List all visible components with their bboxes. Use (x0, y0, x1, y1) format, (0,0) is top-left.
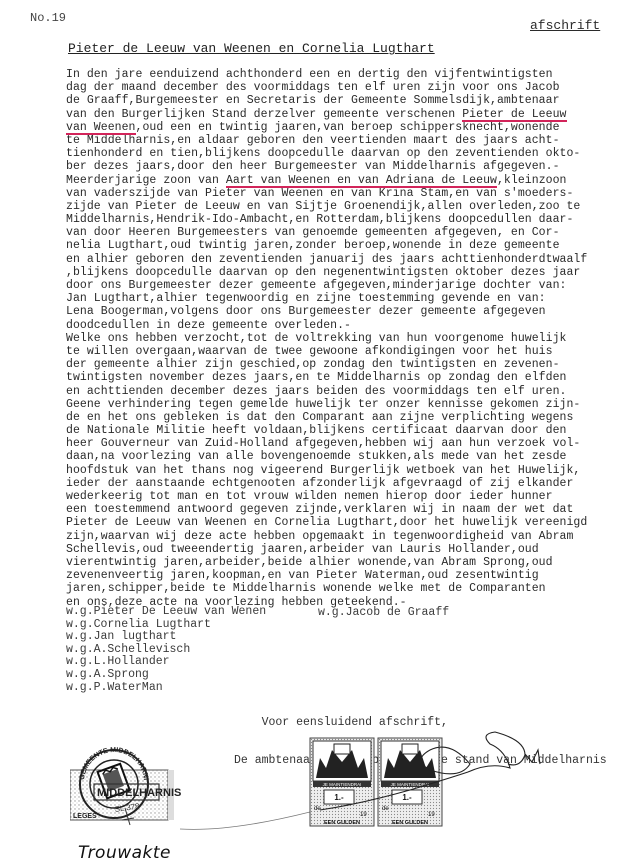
svg-text:19: 19 (428, 812, 435, 818)
text-segment: Meerderjarige zoon van (66, 174, 226, 187)
text-segment: te Middelharnis,en aldaar geboren den ve… (66, 134, 560, 147)
registrar-signature: w.g.Jacob de Graaff (318, 606, 449, 619)
text-segment: Jan Lugthart,alhier tegenwoordig en zijn… (66, 292, 546, 305)
text-line: en achttienden december dezes jaars beid… (66, 385, 636, 398)
text-segment: tienhonderd en tien,blijkens doopcedulle… (66, 147, 580, 160)
municipal-seal-stamp: GEMEENTE MIDDELHARNIS MIDDELHARNIS SL 37… (70, 740, 310, 840)
text-segment: Lena Boogerman,volgens door ons Burgemee… (66, 305, 546, 318)
text-line: jaren,schipper,beide te Middelharnis won… (66, 582, 636, 595)
text-line: zevenenveertig jaren,koopman,en van Piet… (66, 569, 636, 582)
text-segment: nelia Lugthart,oud twintig jaren,zonder … (66, 239, 560, 252)
text-segment: van door Heeren Burgemeesters van genoem… (66, 226, 560, 239)
text-line: hoofdstuk van het thans nog vigeerend Bu… (66, 464, 636, 477)
text-line: doodcedullen in deze gemeente overleden.… (66, 319, 636, 332)
text-segment: van vaderszijde van Pieter van Weenen en… (66, 187, 573, 200)
revenue-stamp: JE MAINTIENDRAI 1.- de 19 EEN GULDEN (378, 738, 442, 826)
svg-text:EEN GULDEN: EEN GULDEN (324, 820, 360, 826)
text-segment: twintigsten november dezes jaars,en te M… (66, 371, 566, 384)
text-line: ,blijkens doopcedulle daarvan op den neg… (66, 266, 636, 279)
copy-label: afschrift (530, 18, 600, 33)
text-segment: doodcedullen in deze gemeente overleden.… (66, 319, 351, 332)
text-segment: wederkeerig tot man en tot vrouw wilden … (66, 490, 553, 503)
svg-text:19: 19 (360, 812, 367, 818)
handwritten-note: Trouwakte (78, 843, 171, 863)
text-segment: der gemeente alhier zijn geschied,op zon… (66, 358, 560, 371)
text-segment: zijde van Pieter de Leeuw en van Sijtje … (66, 200, 580, 213)
svg-text:EEN GULDEN: EEN GULDEN (392, 820, 428, 826)
text-line: de Graaff,Burgemeester en Secretaris der… (66, 94, 636, 107)
text-line: van door Heeren Burgemeesters van genoem… (66, 226, 636, 239)
text-segment: vierentwintig jaren,arbeider,beide alhie… (66, 556, 553, 569)
svg-text:de: de (382, 806, 389, 812)
text-segment: hoofdstuk van het thans nog vigeerend Bu… (66, 464, 580, 477)
text-line: tienhonderd en tien,blijkens doopcedulle… (66, 147, 636, 160)
revenue-stamps: JE MAINTIENDRAI 1.- de 19 EEN GULDEN JE … (300, 720, 560, 840)
text-line: de en het ons gebleken is dat den Compar… (66, 411, 636, 424)
highlighted-name: Pieter de Leeuw (462, 108, 566, 121)
text-segment: en achttienden december dezes jaars beid… (66, 385, 566, 398)
document-title: Pieter de Leeuw van Weenen en Cornelia L… (68, 41, 435, 56)
text-segment: heer Gouverneur van Zuid-Holland afgegev… (66, 437, 580, 450)
text-line: van vaderszijde van Pieter van Weenen en… (66, 187, 636, 200)
witness-signatures: w.g.Pieter De Leeuw van Wenenw.g.Corneli… (66, 606, 266, 694)
text-line: Middelharnis,Hendrik-Ido-Ambacht,en Rott… (66, 213, 636, 226)
highlighted-name: van Weenen (66, 121, 136, 134)
svg-text:MIDDELHARNIS: MIDDELHARNIS (97, 787, 181, 799)
text-segment: een toestemmend antwoord gegeven zijnde,… (66, 503, 573, 516)
text-segment: door ons Burgemeester dezer gemeente afg… (66, 279, 566, 292)
text-segment: Schellevis,oud tweeendertig jaaren,arbei… (66, 543, 539, 556)
text-line: heer Gouverneur van Zuid-Holland afgegev… (66, 437, 636, 450)
text-line: van Weenen,oud een en twintig jaaren,van… (66, 121, 636, 134)
text-segment: daan,na voorlezing van alle bovengenoemd… (66, 450, 566, 463)
text-segment: ,blijkens doopcedulle daarvan op den neg… (66, 266, 580, 279)
text-line: zijde van Pieter de Leeuw en van Sijtje … (66, 200, 636, 213)
text-segment: Welke ons hebben verzocht,tot de voltrek… (66, 332, 566, 345)
svg-text:LEGES: LEGES (73, 813, 97, 820)
text-line: Geene verhindering tegen gemelde huwelij… (66, 398, 636, 411)
text-line: Lena Boogerman,volgens door ons Burgemee… (66, 305, 636, 318)
text-line: twintigsten november dezes jaars,en te M… (66, 371, 636, 384)
text-segment: de Nationale Militie heeft voldaan,blijk… (66, 424, 566, 437)
text-line: van den Burgerlijken Stand derzelver gem… (66, 108, 636, 121)
svg-text:JE MAINTIENDRAI: JE MAINTIENDRAI (323, 782, 362, 787)
text-line: nelia Lugthart,oud twintig jaren,zonder … (66, 239, 636, 252)
text-line: te willen overgaan,waarvan de twee gewoo… (66, 345, 636, 358)
text-segment: ,kleinzoon (497, 174, 567, 187)
text-line: Schellevis,oud tweeendertig jaaren,arbei… (66, 543, 636, 556)
text-line: dag der maand december des voormiddags t… (66, 81, 636, 94)
text-segment: Middelharnis,Hendrik-Ido-Ambacht,en Rott… (66, 213, 573, 226)
signature-line: w.g.A.Sprong (66, 669, 266, 682)
text-segment: dag der maand december des voormiddags t… (66, 81, 560, 94)
text-segment: van den Burgerlijken Stand derzelver gem… (66, 108, 462, 121)
text-segment: de en het ons gebleken is dat den Compar… (66, 411, 573, 424)
text-line: Pieter de Leeuw van Weenen en Cornelia L… (66, 516, 636, 529)
text-line: In den jare eenduizend achthonderd een e… (66, 68, 636, 81)
document-number: No.19 (30, 11, 66, 25)
text-line: wederkeerig tot man en tot vrouw wilden … (66, 490, 636, 503)
signature-line: w.g.Jan lugthart (66, 631, 266, 644)
text-segment: In den jare eenduizend achthonderd een e… (66, 68, 553, 81)
text-line: de Nationale Militie heeft voldaan,blijk… (66, 424, 636, 437)
text-segment: ber dezes jaars,door den heer Burgemeest… (66, 160, 560, 173)
highlighted-name: Aart van Weenen en van Adriana de Leeuw (226, 174, 497, 187)
svg-text:de: de (314, 806, 321, 812)
signature-line: w.g.Pieter De Leeuw van Wenen (66, 606, 266, 619)
text-line: een toestemmend antwoord gegeven zijnde,… (66, 503, 636, 516)
text-line: en alhier geboren den zeventienden janua… (66, 253, 636, 266)
text-line: ieder der aanstaande echtgenooten afzond… (66, 477, 636, 490)
text-segment: jaren,schipper,beide te Middelharnis won… (66, 582, 546, 595)
text-segment: Geene verhindering tegen gemelde huwelij… (66, 398, 580, 411)
text-line: Welke ons hebben verzocht,tot de voltrek… (66, 332, 636, 345)
text-line: door ons Burgemeester dezer gemeente afg… (66, 279, 636, 292)
text-segment: zijn,waarvan wij deze acte hebben opgema… (66, 530, 573, 543)
text-segment: ,oud een en twintig jaaren,van beroep sc… (136, 121, 560, 134)
text-segment: en alhier geboren den zeventienden janua… (66, 253, 587, 266)
text-line: Jan Lugthart,alhier tegenwoordig en zijn… (66, 292, 636, 305)
text-line: der gemeente alhier zijn geschied,op zon… (66, 358, 636, 371)
text-line: te Middelharnis,en aldaar geboren den ve… (66, 134, 636, 147)
text-line: zijn,waarvan wij deze acte hebben opgema… (66, 530, 636, 543)
deed-body-text: In den jare eenduizend achthonderd een e… (66, 68, 636, 609)
text-segment: te willen overgaan,waarvan de twee gewoo… (66, 345, 553, 358)
text-line: vierentwintig jaren,arbeider,beide alhie… (66, 556, 636, 569)
text-line: Meerderjarige zoon van Aart van Weenen e… (66, 174, 636, 187)
text-segment: zevenenveertig jaren,koopman,en van Piet… (66, 569, 539, 582)
revenue-stamp: JE MAINTIENDRAI 1.- de 19 EEN GULDEN (310, 738, 374, 826)
text-line: ber dezes jaars,door den heer Burgemeest… (66, 160, 636, 173)
text-segment: de Graaff,Burgemeester en Secretaris der… (66, 94, 560, 107)
text-segment: ieder der aanstaande echtgenooten afzond… (66, 477, 573, 490)
svg-text:1.-: 1.- (334, 793, 344, 802)
svg-text:1.-: 1.- (402, 793, 412, 802)
text-segment: Pieter de Leeuw van Weenen en Cornelia L… (66, 516, 587, 529)
text-line: daan,na voorlezing van alle bovengenoemd… (66, 450, 636, 463)
